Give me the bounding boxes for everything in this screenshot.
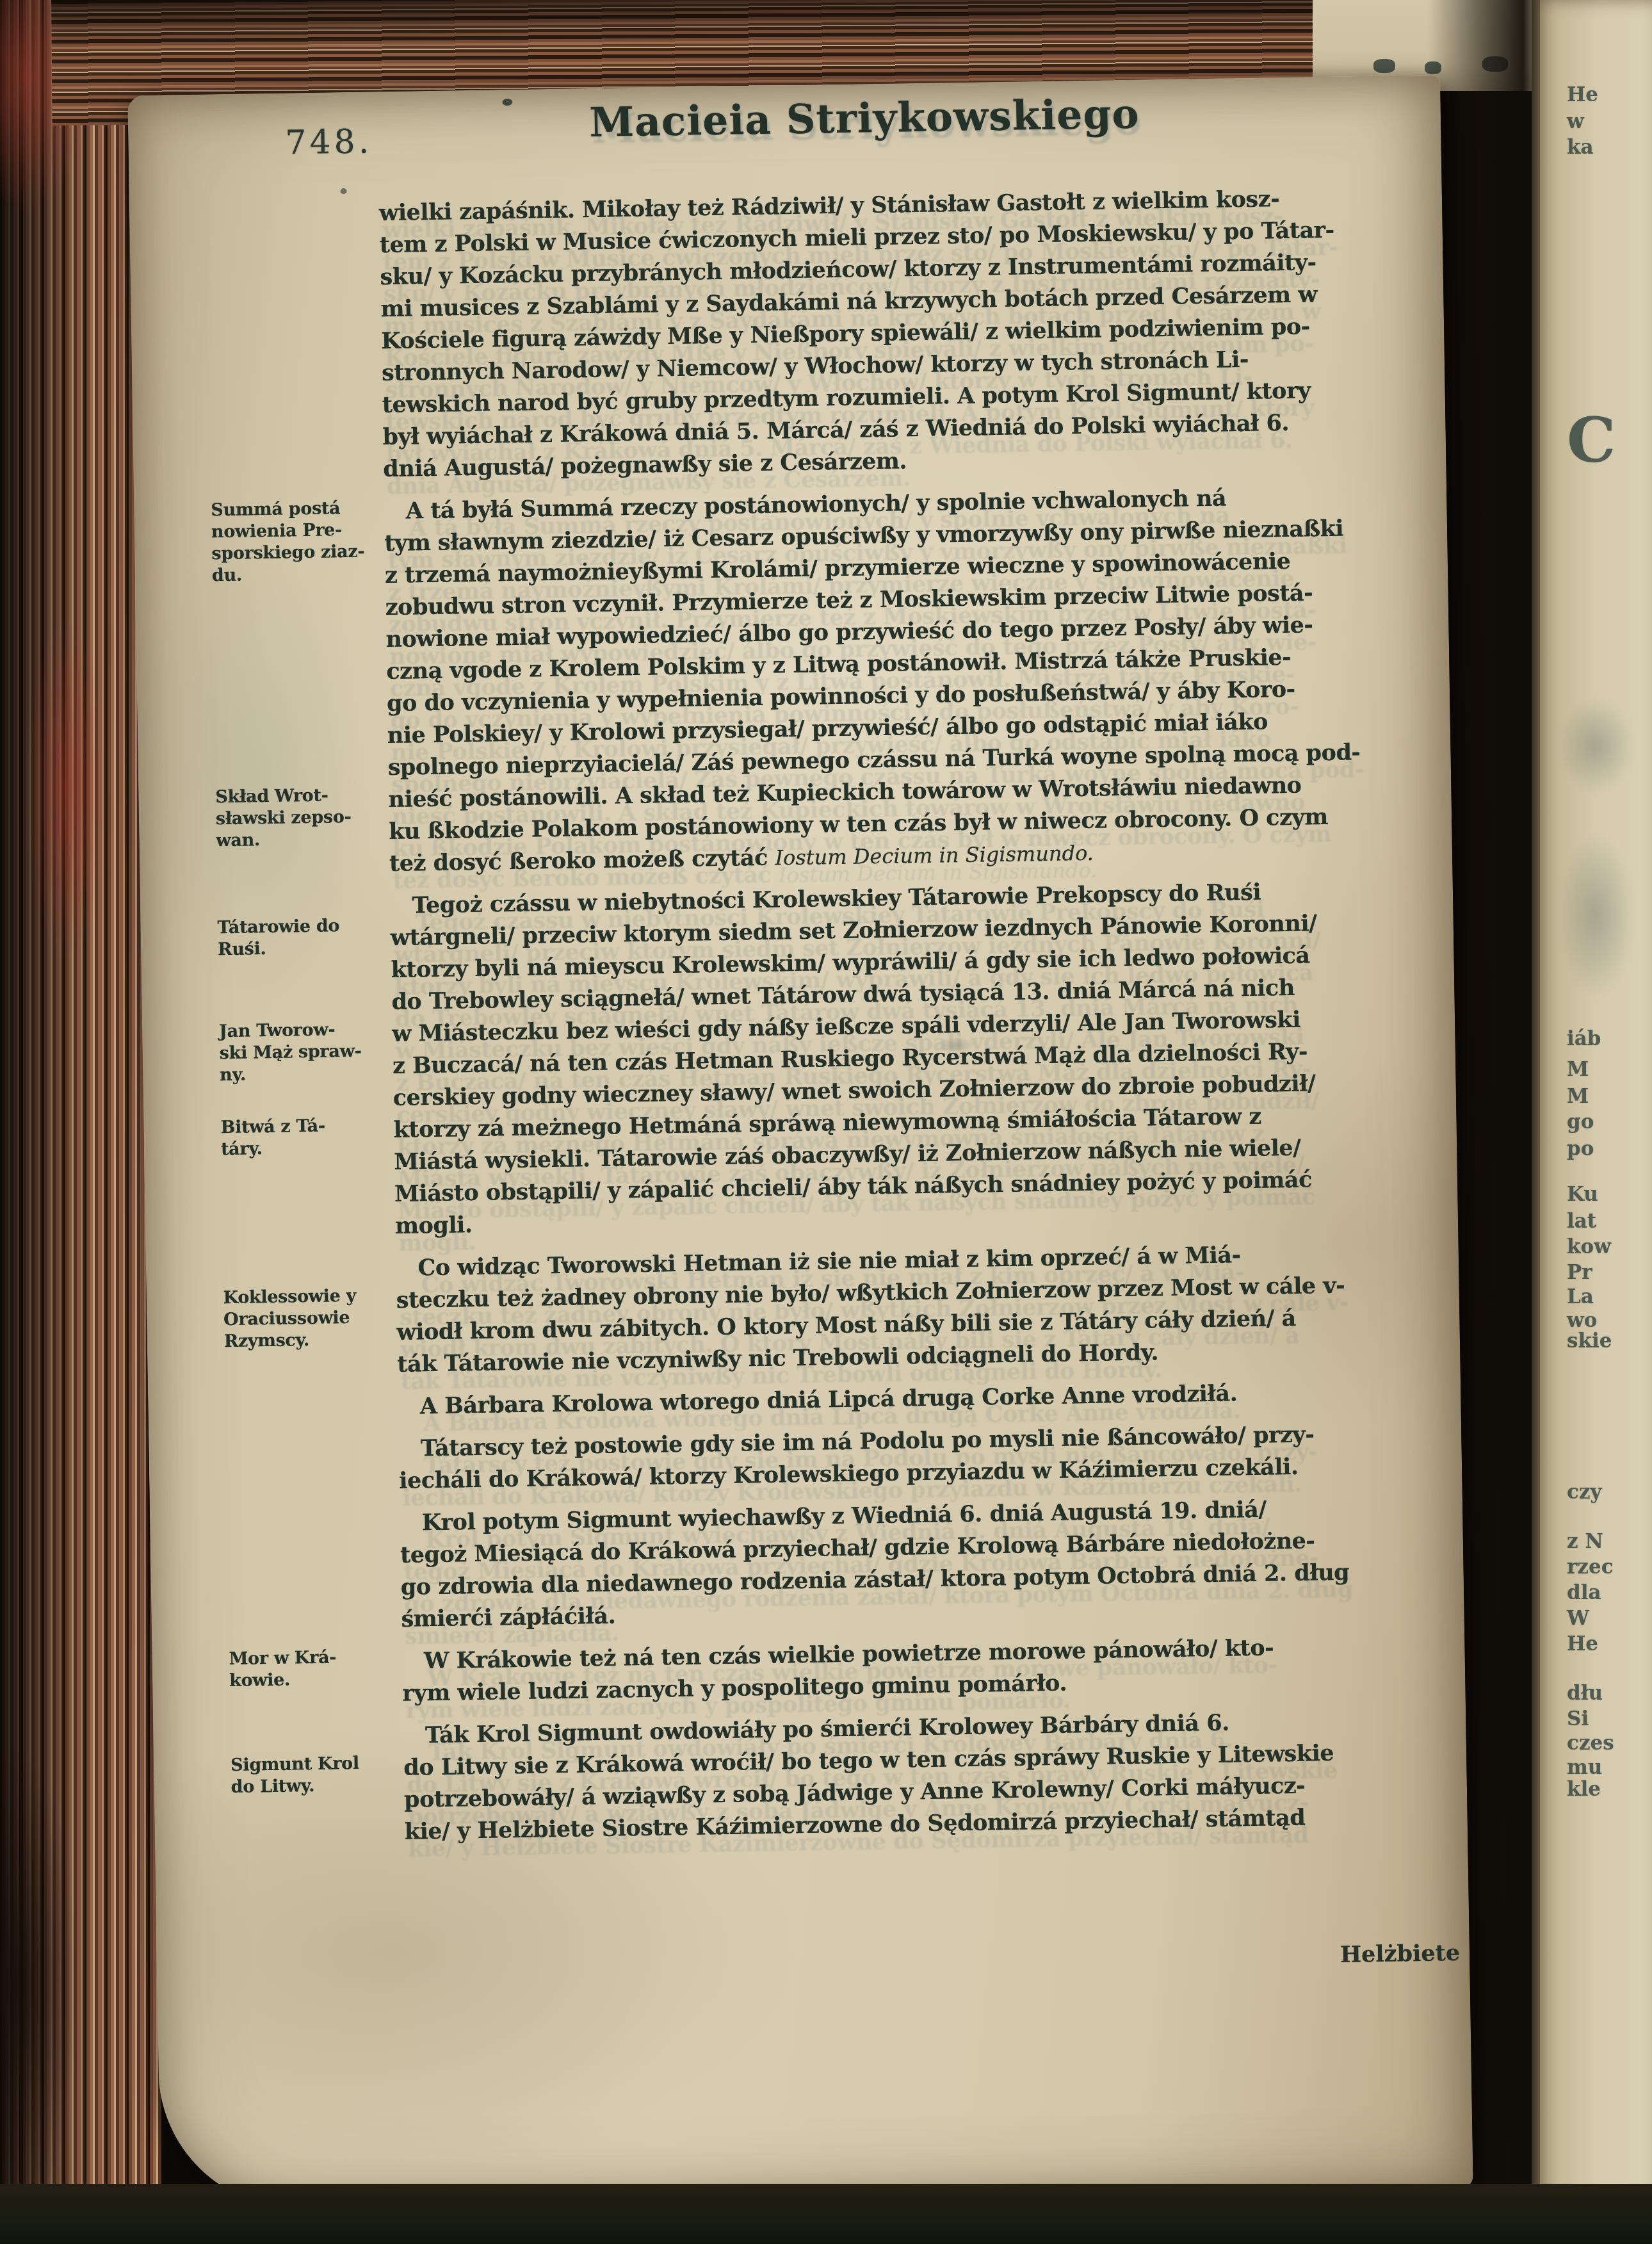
paragraph: Krol potym Sigmunt wyiechawßy z Wiedniá … — [400, 1491, 1455, 1636]
facing-page-edge: HewkaCiábMMgopoKulatkowPrLawoskieczyz Nr… — [1532, 0, 1652, 2244]
text-line-polish-part: też dosyć ßeroko możeß czytáć — [389, 845, 775, 877]
facing-text-fragment: kle — [1567, 1775, 1601, 1803]
facing-text-fragment: dla — [1567, 1579, 1601, 1607]
paragraph: A tá byłá Summá rzeczy postánowionych/ y… — [384, 479, 1443, 880]
facing-text-fragment: dłu — [1567, 1679, 1603, 1707]
paragraph: Tátarscy też postowie gdy sie im ná Podo… — [398, 1417, 1452, 1497]
facing-text-fragment: M — [1567, 1082, 1589, 1110]
facing-text-fragment: C — [1567, 410, 1616, 471]
margin-note: Tátarowie do Ruśi. — [217, 915, 385, 961]
facing-text-fragment: skie — [1567, 1327, 1612, 1355]
facing-text-fragment: po — [1567, 1135, 1594, 1163]
facing-text-fragment: W — [1567, 1604, 1589, 1632]
facing-text-fragment: w — [1567, 108, 1584, 136]
facing-text-fragment: Ku — [1567, 1180, 1598, 1208]
facing-text-fragment: He — [1567, 1630, 1598, 1658]
facing-text-fragment: He — [1567, 81, 1598, 109]
margin-note: Koklessowie y Oraciussowie Rzymscy. — [223, 1285, 392, 1353]
book-scan-scene: HewkaCiábMMgopoKulatkowPrLawoskieczyz Nr… — [0, 0, 1652, 2244]
paragraph: wielki zapáśnik. Mikołay też Rádziwił/ y… — [379, 181, 1437, 485]
facing-text-fragment: iáb — [1567, 1025, 1601, 1053]
paragraph: Ták Krol Sigmunt owdowiáły po śmierći Kr… — [403, 1703, 1458, 1848]
paragraph: Tegoż czássu w niebytności Krolewskiey T… — [390, 874, 1448, 1242]
paragraph: A Bárbara Krolowa wtorego dniá Lipcá dru… — [398, 1374, 1452, 1423]
facing-text-fragment: M — [1567, 1055, 1589, 1084]
facing-page-ornament-bleed — [1557, 833, 1634, 999]
text-line: A Bárbara Krolowa wtorego dniá Lipcá dru… — [398, 1374, 1452, 1423]
latin-citation: Iostum Decium in Sigismundo. — [775, 841, 1094, 870]
margin-note: Bitwá z Tá- táry. — [220, 1114, 389, 1160]
margin-note: Summá postá nowienia Pre- sporskiego zia… — [211, 497, 380, 587]
facing-page-text-smudge — [1373, 59, 1395, 73]
margin-note: Jan Tworow- ski Mąż spraw- ny. — [219, 1018, 388, 1086]
paragraph: Co widząc Tworowski Hetman iż sie nie mi… — [396, 1236, 1451, 1381]
scanned-page: 748. Macieia Striykowskiego Summá postá … — [127, 75, 1473, 2210]
facing-text-fragment: go — [1567, 1108, 1594, 1136]
margin-note: Skład Wrot- sławski zepso- wan. — [215, 784, 384, 852]
margin-note: Sigmunt Krol do Litwy. — [231, 1752, 399, 1798]
facing-page-ornament-bleed — [1557, 698, 1634, 794]
paragraph-lines: A tá byłá Summá rzeczy postánowionych/ y… — [384, 479, 1442, 848]
facing-text-fragment: kow — [1567, 1233, 1611, 1261]
body-text-column: wielki zapáśnik. Mikołay też Rádziwił/ y… — [379, 181, 1459, 1858]
margin-note: Mor w Krá- kowie. — [229, 1646, 397, 1692]
facing-text-fragment: ka — [1567, 133, 1594, 161]
facing-text-fragment: czy — [1567, 1478, 1602, 1506]
paragraph: W Krákowie też ná ten czás wielkie powie… — [401, 1629, 1455, 1710]
facing-text-fragment: lat — [1567, 1207, 1596, 1235]
facing-text-fragment: rzec — [1567, 1553, 1614, 1581]
facing-text-fragment: z N — [1567, 1527, 1603, 1556]
scan-bottom-edge — [0, 2184, 1652, 2244]
